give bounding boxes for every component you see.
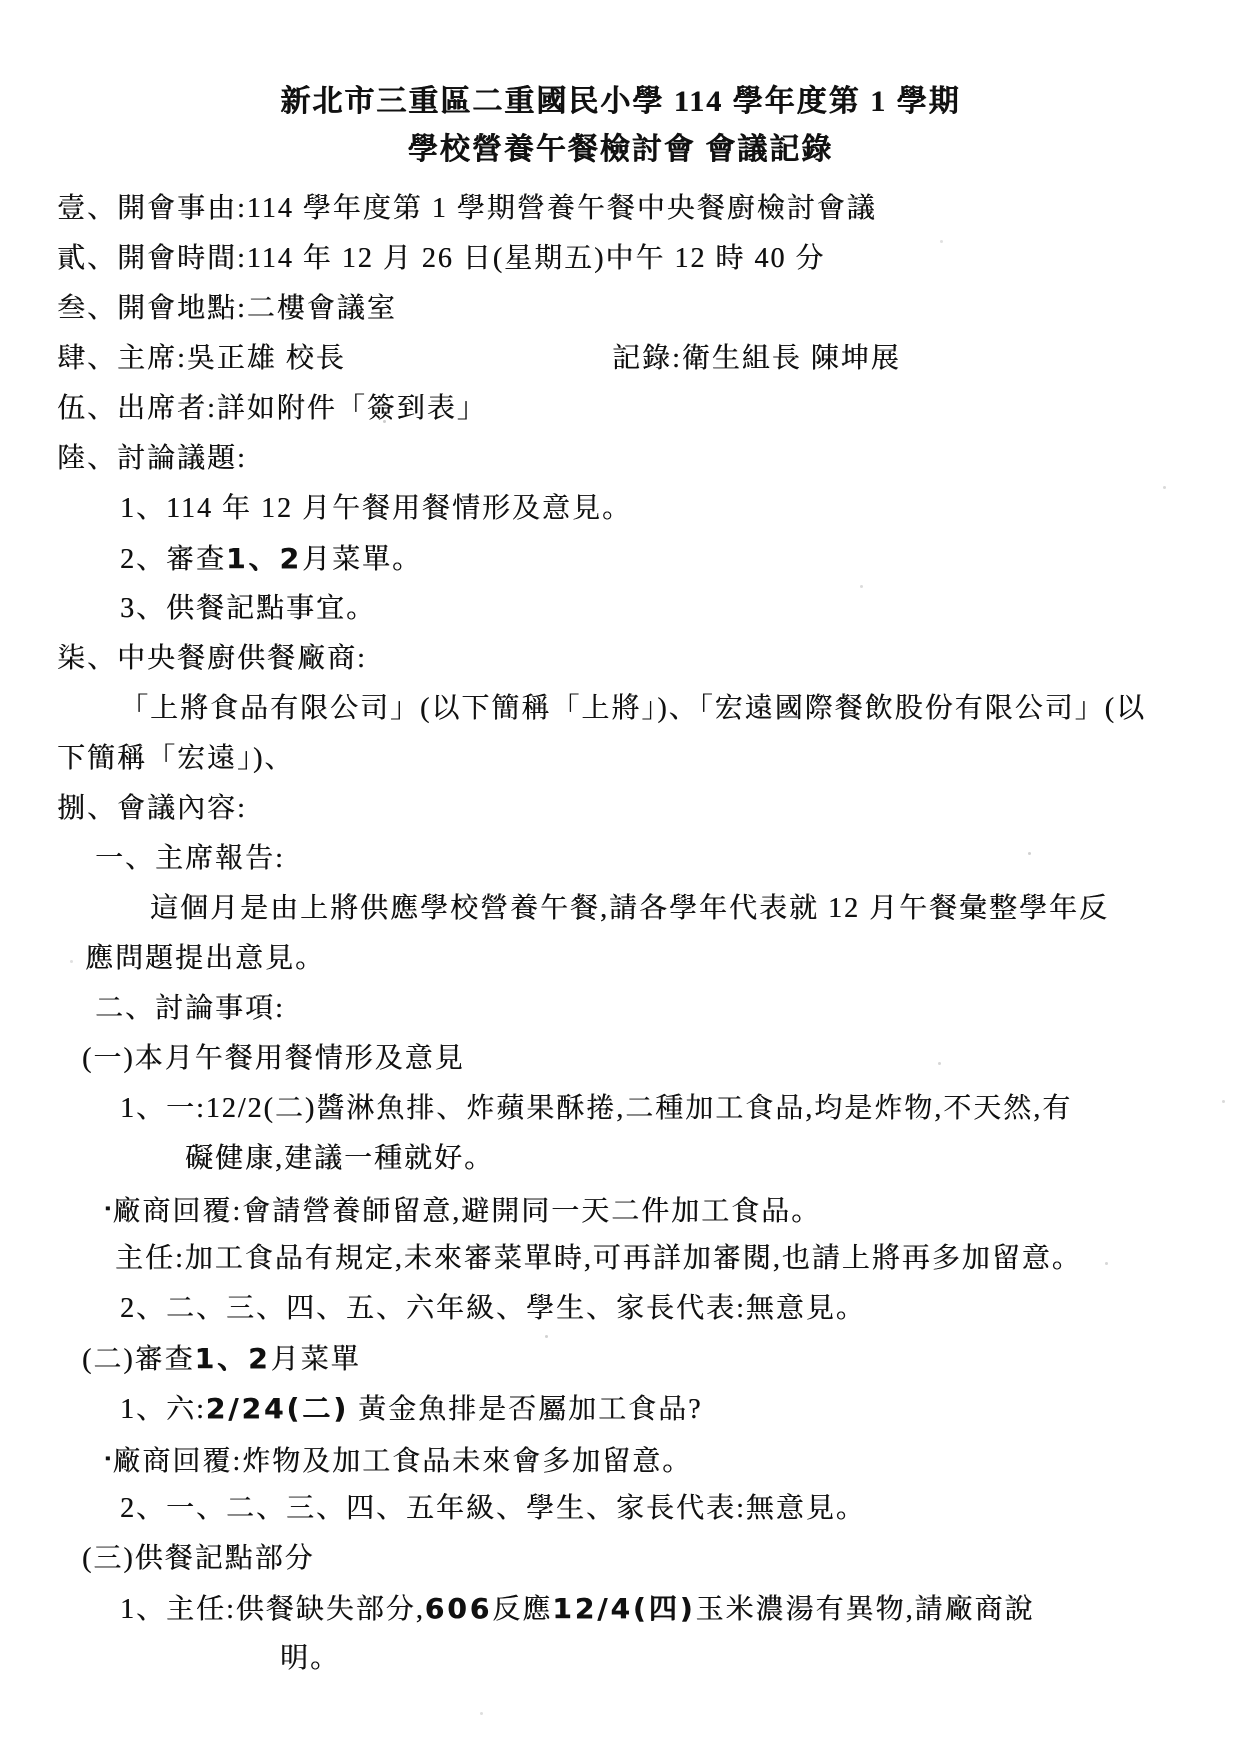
text-segment-emphasis: 606	[425, 1592, 492, 1625]
text-segment-emphasis: 2/24(二)	[206, 1392, 349, 1425]
doc-line-chair-report-1: 這個月是由上將供應學校營養午餐,請各學年代表就 12 月午餐彙整學年反	[0, 884, 1241, 934]
text-segment: 廠商回覆:炸物及加工食品未來會多加留意。	[112, 1446, 692, 1477]
doc-line-section-1-item-1a: 1、一:12/2(二)醬淋魚排、炸蘋果酥捲,二種加工食品,均是炸物,不天然,有	[0, 1084, 1241, 1134]
doc-line-chair-and-recorder: 肆、主席:吳正雄 校長 記錄:衛生組長 陳坤展	[0, 334, 1241, 384]
doc-line-section-1-item-2: 2、二、三、四、五、六年級、學生、家長代表:無意見。	[0, 1284, 1241, 1334]
text-segment-emphasis: 1、2	[226, 542, 302, 575]
document-title-line2: 學校營養午餐檢討會 會議記錄	[0, 126, 1241, 174]
doc-line-topics-heading: 陸、討論議題:	[0, 434, 1241, 484]
square-bullet-icon: ▪	[105, 1201, 110, 1217]
scanned-document-page: 新北市三重區二重國民小學 114 學年度第 1 學期 學校營養午餐檢討會 會議記…	[0, 0, 1241, 1755]
doc-line-director-comment: 主任:加工食品有規定,未來審菜單時,可再詳加審閱,也請上將再多加留意。	[0, 1234, 1241, 1284]
doc-line-chair-report-heading: 一、主席報告:	[0, 834, 1241, 884]
doc-line-section-2-item-1: 1、六:2/24(二) 黃金魚排是否屬加工食品?	[0, 1384, 1241, 1434]
text-segment: 1、主任:供餐缺失部分,	[120, 1594, 425, 1625]
doc-line-section-3-heading: (三)供餐記點部分	[0, 1534, 1241, 1584]
doc-line-section-3-item-1a: 1、主任:供餐缺失部分,606反應12/4(四)玉米濃湯有異物,請廠商說	[0, 1584, 1241, 1634]
doc-line-chair-report-2: 應問題提出意見。	[0, 934, 1241, 984]
document-body: 壹、開會事由:114 學年度第 1 學期營養午餐中央餐廚檢討會議 貳、開會時間:…	[0, 184, 1241, 1684]
text-segment-emphasis: 12/4(四)	[552, 1592, 695, 1625]
text-segment: 月菜單。	[302, 544, 422, 575]
doc-line-section-3-item-1b: 明。	[0, 1634, 1241, 1684]
chair-label: 肆、主席:吳正雄 校長	[57, 343, 346, 374]
text-segment: 反應	[492, 1594, 552, 1625]
document-title-line1: 新北市三重區二重國民小學 114 學年度第 1 學期	[0, 78, 1241, 126]
doc-line-discussion-heading: 二、討論事項:	[0, 984, 1241, 1034]
doc-line-vendors-1: 「上將食品有限公司」(以下簡稱「上將」)、「宏遠國際餐飲股份有限公司」(以	[0, 684, 1241, 734]
text-segment: 廠商回覆:會請營養師留意,避開同一天二件加工食品。	[112, 1196, 821, 1227]
recorder-label: 記錄:衛生組長 陳坤展	[612, 334, 901, 384]
doc-line-vendor-reply-1: ▪廠商回覆:會請營養師留意,避開同一天二件加工食品。	[0, 1184, 1241, 1234]
doc-line-meeting-reason: 壹、開會事由:114 學年度第 1 學期營養午餐中央餐廚檢討會議	[0, 184, 1241, 234]
doc-line-topic-1: 1、114 年 12 月午餐用餐情形及意見。	[0, 484, 1241, 534]
text-segment: (二)審查	[82, 1344, 195, 1375]
doc-line-section-2-heading: (二)審查1、2月菜單	[0, 1334, 1241, 1384]
text-segment-emphasis: 1、2	[195, 1342, 271, 1375]
doc-line-section-2-item-2: 2、一、二、三、四、五年級、學生、家長代表:無意見。	[0, 1484, 1241, 1534]
text-segment: 2、審查	[120, 544, 226, 575]
document-header: 新北市三重區二重國民小學 114 學年度第 1 學期 學校營養午餐檢討會 會議記…	[0, 0, 1241, 174]
doc-line-vendors-heading: 柒、中央餐廚供餐廠商:	[0, 634, 1241, 684]
doc-line-vendors-2: 下簡稱「宏遠」)、	[0, 734, 1241, 784]
text-segment: 1、六:	[120, 1394, 206, 1425]
doc-line-vendor-reply-2: ▪廠商回覆:炸物及加工食品未來會多加留意。	[0, 1434, 1241, 1484]
doc-line-meeting-place: 叁、開會地點:二樓會議室	[0, 284, 1241, 334]
doc-line-section-1-item-1b: 礙健康,建議一種就好。	[0, 1134, 1241, 1184]
text-segment: 月菜單	[271, 1344, 361, 1375]
doc-line-topic-2: 2、審查1、2月菜單。	[0, 534, 1241, 584]
scan-noise	[0, 0, 3, 3]
doc-line-topic-3: 3、供餐記點事宜。	[0, 584, 1241, 634]
text-segment: 玉米濃湯有異物,請廠商說	[696, 1594, 1035, 1625]
doc-line-section-1-heading: (一)本月午餐用餐情形及意見	[0, 1034, 1241, 1084]
text-segment: 黃金魚排是否屬加工食品?	[349, 1394, 702, 1425]
doc-line-attendees: 伍、出席者:詳如附件「簽到表」	[0, 384, 1241, 434]
doc-line-meeting-time: 貳、開會時間:114 年 12 月 26 日(星期五)中午 12 時 40 分	[0, 234, 1241, 284]
doc-line-content-heading: 捌、會議內容:	[0, 784, 1241, 834]
square-bullet-icon: ▪	[105, 1451, 110, 1467]
